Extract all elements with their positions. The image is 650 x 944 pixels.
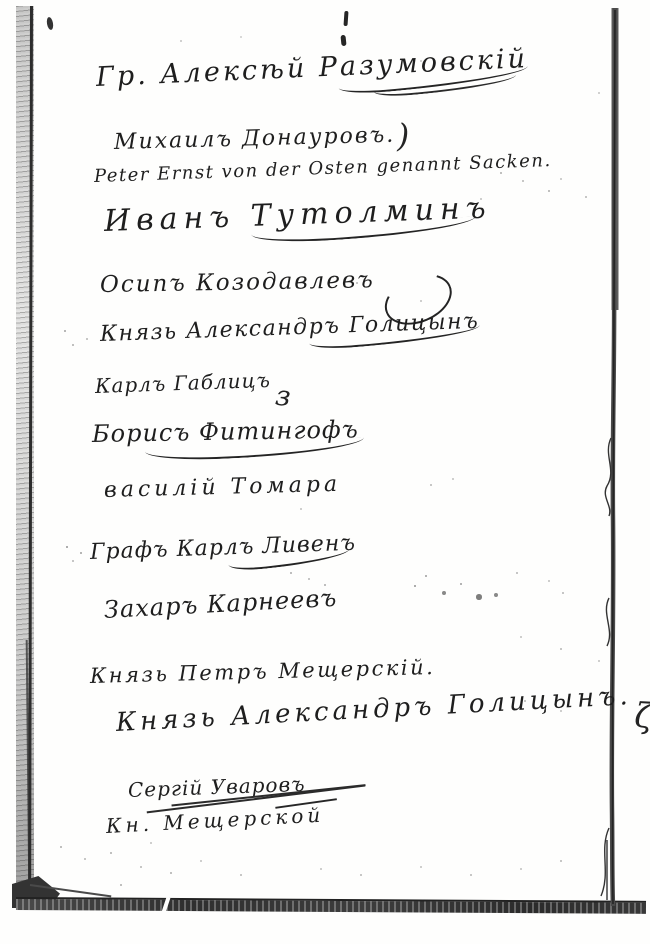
signature-line: Peter Ernst von der Osten genannt Sacken… — [94, 150, 552, 187]
signature-line: Графъ Карлъ Ливенъ — [90, 531, 357, 565]
scan-crease-right — [588, 0, 632, 944]
ink-blot-top-center — [343, 11, 348, 26]
scan-torn-edge-bottom — [16, 897, 646, 914]
signature-line: Князь Александръ Голицынъ — [100, 309, 480, 347]
signature-line: Карлъ Габлицъ — [95, 368, 272, 398]
signature-line: Князь Петръ Мещерскій. — [90, 655, 436, 688]
scan-noise-speckles — [0, 0, 2, 2]
ink-blot-top-left — [46, 17, 54, 31]
signature-line: Кн. Мещерской — [105, 803, 324, 838]
signature-line: василій Томара — [104, 472, 342, 503]
signature-line: Михаилъ Донауровъ. — [114, 123, 396, 155]
signature-line: Захаръ Карнеевъ — [103, 584, 338, 624]
signature-line: Гр. Алексѣй Разумовскій — [95, 43, 528, 93]
signature-line: Осипъ Козодавлевъ — [100, 267, 375, 298]
signature-line: Сергій Уваровъ — [128, 772, 306, 802]
signature-line: Князь Александръ Голицынъ. — [115, 681, 632, 738]
scanned-signature-page: Гр. Алексѣй Разумовскій Михаилъ Донауров… — [0, 0, 650, 944]
signature-line: Борисъ Фитингофъ — [92, 415, 359, 448]
signature-line: Иванъ Тутолминъ — [103, 190, 492, 239]
ink-blot-top-center-2 — [340, 35, 346, 46]
